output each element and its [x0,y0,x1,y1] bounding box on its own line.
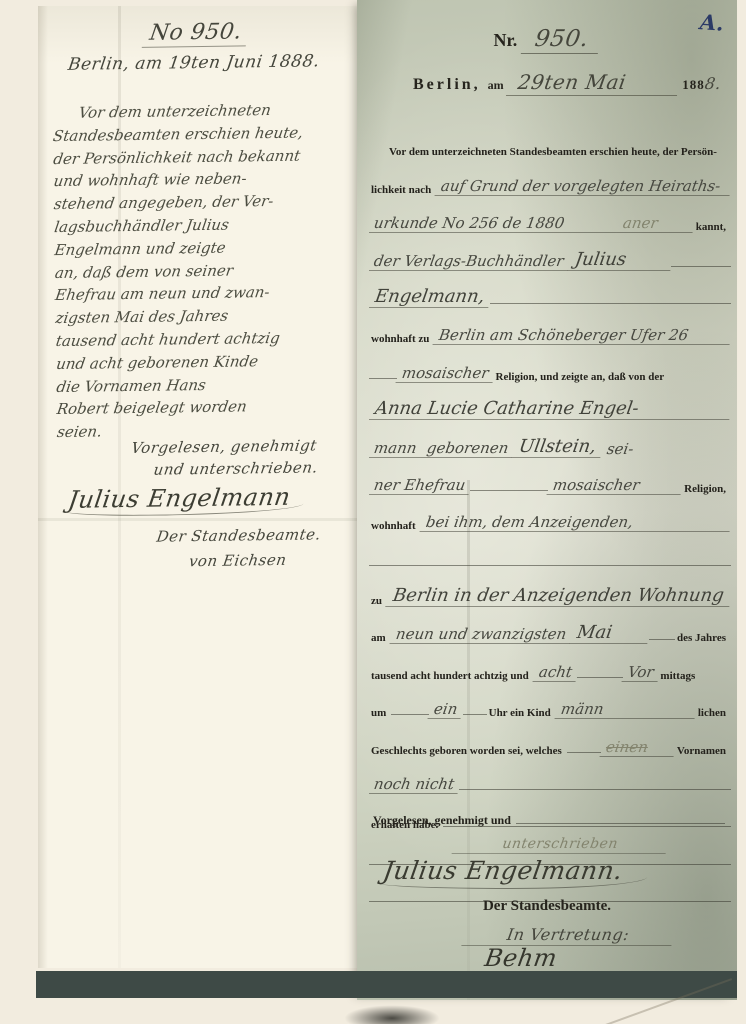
ruled-line [391,712,429,715]
ruled-line [649,637,675,640]
photo-smudge [344,1005,440,1024]
read-approved-line: Vorgelesen, genehmigt und [371,806,725,828]
form-line: manngeborenenUllstein,sei- [369,425,731,462]
handwritten-text: urkunde No 256 de 1880 [369,214,619,233]
left-entry-number: No 950. [142,19,250,48]
registrar-title: Der Standesbeamte. [357,898,737,915]
dark-mount-band [36,971,737,998]
left-page-draft: No 950. Berlin, am 19ten Juni 1888. Vor … [38,6,369,968]
handwritten-text: acht [532,663,578,682]
handwritten-text: ner Ehefrau [369,476,472,495]
left-registrar-signature: von Eichsen [188,551,288,570]
signed-word: unterschrieben [452,836,669,854]
printed-text: wohnhaft zu [369,333,434,345]
handwritten-text: auf Grund der vorgelegten Heiraths- [435,177,731,196]
printed-text: des Jahres [675,632,731,644]
registrar-signature: Behm [483,944,559,972]
form-number-label: Nr. [493,30,517,51]
handwritten-text: Mai [569,622,651,644]
printed-text: Religion, [682,483,731,495]
left-body-text: Vor dem unterzeichnetenStandesbeamten er… [53,98,364,444]
form-body: Vor dem unterzeichneten Standesbeamten e… [369,126,731,911]
handwritten-text: sei- [600,440,731,458]
handwritten-text: Berlin in der Anzeigenden Wohnung [385,585,731,607]
printed-text: zu [369,595,387,607]
ruled-line [490,301,731,304]
ruled-line [459,787,731,790]
handwritten-text: ein [428,700,464,719]
printed-text: tausend acht hundert achtzig und [369,670,534,682]
form-line: ner EhefraumosaischerReligion, [369,463,731,500]
form-line: Engelmann, [369,276,731,313]
form-number-value: 950. [521,26,603,54]
form-line: tausend acht hundert achtzig undachtVorm… [369,649,731,686]
handwritten-text: geborenen [420,439,514,458]
printed-text: Geschlechts geboren worden sei, welches [369,745,567,757]
deputy-note: In Vertretung: [461,925,674,946]
printed-text: lichkeit nach [369,184,436,196]
form-number-row: Nr. 950. [357,26,737,54]
left-registrar-title: Der Standesbeamte. [155,525,322,545]
declarant-signature: Julius Engelmann. [376,856,651,889]
ruled-line [567,750,601,753]
printed-text: Vornamen [675,745,731,757]
printed-text: Vorgelesen, genehmigt und [371,813,516,828]
form-line [369,537,731,574]
printed-text: am [369,632,391,644]
printed-text: kannt, [694,221,731,233]
printed-text: Uhr ein Kind [487,707,556,719]
form-line: lichkeit nachauf Grund der vorgelegten H… [369,163,731,200]
form-line: Geschlechts geboren worden sei, welchese… [369,724,731,761]
handwritten-text: einen [599,738,676,757]
handwritten-text: Ullstein, [511,436,603,458]
handwritten-text: aner [616,214,695,233]
handwritten-text: neun und zwanzigsten [389,625,572,644]
form-dateline: Berlin, am 29ten Mai 188 8. [413,70,721,96]
handwritten-text: mosaischer [547,476,684,495]
handwritten-year-digit: 8. [703,74,722,93]
printed-text: um [369,707,391,719]
form-line: Anna Lucie Catharine Engel- [369,388,731,425]
form-line: noch nicht [369,762,731,799]
form-line: umeinUhr ein Kindmännlichen [369,687,731,724]
handwritten-date: 29ten Mai [506,70,681,96]
form-line: amneun und zwanzigstenMaides Jahres [369,612,731,649]
handwritten-text: Engelmann, [369,286,492,308]
printed-text: wohnhaft [369,520,421,532]
document-photograph: No 950. Berlin, am 19ten Juni 1888. Vor … [0,0,746,1024]
handwritten-text: bei ihm, dem Anzeigenden, [419,513,731,532]
form-line: urkunde No 256 de 1880anerkannt, [369,201,731,238]
handwritten-text: Berlin am Schöneberger Ufer 26 [433,326,731,345]
ruled-line [463,712,487,715]
printed-text: lichen [696,707,731,719]
handwritten-text: der Verlags-Buchhändler [369,252,570,271]
form-line: wohnhaftbei ihm, dem Anzeigenden, [369,500,731,537]
right-page-form: A. Nr. 950. Berlin, am 29ten Mai 188 8. … [357,0,737,1000]
handwritten-text: männ [554,700,697,719]
handwritten-text: Anna Lucie Catharine Engel- [369,398,731,420]
ruled-line [369,563,731,566]
handwritten-text: mosaischer [395,364,495,383]
form-line: mosaischerReligion, und zeigte an, daß v… [369,350,731,387]
form-line: der Verlags-BuchhändlerJulius [369,238,731,275]
left-declarant-signature: Julius Engelmann [62,483,306,517]
ruled-line [671,264,731,267]
ruled-line [470,488,548,491]
printed-year: 188 [682,77,705,93]
form-line: zuBerlin in der Anzeigenden Wohnung [369,575,731,612]
ruled-line [577,675,623,678]
date-preposition: am [488,78,504,93]
form-line: Vor dem unterzeichneten Standesbeamten e… [369,126,731,163]
city-label: Berlin, [413,76,481,94]
left-page-content: No 950. Berlin, am 19ten Juni 1888. Vor … [31,4,375,971]
printed-text: mittags [658,670,700,682]
handwritten-text: mann [369,439,423,458]
handwritten-text: Vor [621,663,660,682]
handwritten-text: Julius [567,249,673,271]
left-closing-line-1: Vorgelesen, genehmigt [130,436,318,457]
ruled-line [516,821,725,824]
form-line: wohnhaft zuBerlin am Schöneberger Ufer 2… [369,313,731,350]
ruled-line [369,376,397,379]
handwritten-text: noch nicht [369,775,461,794]
left-dateline: Berlin, am 19ten Juni 1888. [67,51,321,75]
printed-text: Vor dem unterzeichneten Standesbeamten e… [387,146,722,158]
left-closing-line-2: und unterschrieben. [152,458,319,478]
printed-text: Religion, und zeigte an, daß von der [494,371,732,383]
